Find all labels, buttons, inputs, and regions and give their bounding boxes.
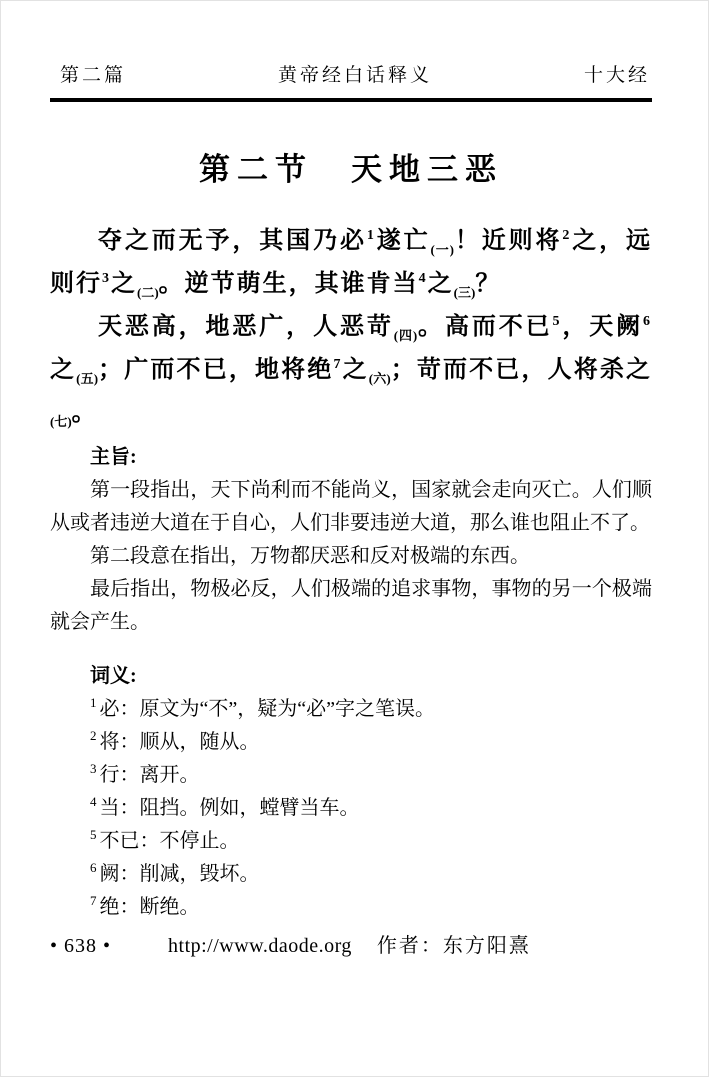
site-url: http://www.daode.org bbox=[168, 935, 352, 958]
page-footer: • 638 • http://www.daode.org 作者：东方阳熹 bbox=[50, 929, 652, 958]
main-idea-paragraph-2: 第二段意在指出，万物都厌恶和反对极端的东西。 bbox=[50, 540, 652, 573]
main-idea-paragraph-3: 最后指出，物极必反，人们极端的追求事物，事物的另一个极端就会产生。 bbox=[50, 573, 652, 639]
word-meaning-entry-5: 5不已：不停止。 bbox=[50, 825, 652, 858]
page-number: • 638 • bbox=[50, 935, 111, 958]
word-meaning-entry-3: 3行：离开。 bbox=[50, 759, 652, 792]
footnote-text-3: 行：离开。 bbox=[100, 764, 200, 786]
footnote-number-5: 5 bbox=[90, 827, 97, 842]
footnote-ref-marker: 6 bbox=[643, 314, 652, 329]
footnote-ref-marker: 5 bbox=[552, 314, 561, 329]
footnote-number-4: 4 bbox=[90, 794, 97, 809]
book-page: 第二篇 黄帝经白话释义 十大经 第二节 天地三恶 夺之而无予，其国乃必1遂亡(一… bbox=[0, 0, 709, 1077]
footnote-number-6: 6 bbox=[90, 860, 97, 875]
main-idea-paragraph-1: 第一段指出，天下尚利而不能尚义，国家就会走向灭亡。人们顺从或者违逆大道在于自心，… bbox=[50, 474, 652, 540]
footnote-number-7: 7 bbox=[90, 893, 97, 908]
running-header: 第二篇 黄帝经白话释义 十大经 bbox=[50, 60, 652, 102]
footnote-ref-marker: 1 bbox=[367, 228, 376, 243]
footnote-number-3: 3 bbox=[90, 761, 97, 776]
clause-number-marker: (六) bbox=[369, 371, 391, 386]
header-book-title: 黄帝经白话释义 bbox=[278, 60, 432, 87]
footnote-text-1: 必：原文为“不”，疑为“必”字之笔误。 bbox=[100, 698, 436, 720]
scripture-section: 夺之而无予，其国乃必1遂亡(一)！近则将2之，远则行3之(二)。逆节萌生，其谁肯… bbox=[50, 220, 652, 435]
footnote-text-4: 当：阻挡。例如，螳臂当车。 bbox=[100, 797, 360, 819]
clause-number-marker: (四) bbox=[394, 328, 417, 343]
word-meaning-entry-4: 4当：阻挡。例如，螳臂当车。 bbox=[50, 792, 652, 825]
section-title: 第二节 天地三恶 bbox=[50, 146, 652, 194]
footnote-text-7: 绝：断绝。 bbox=[100, 896, 200, 918]
header-chapter-label: 第二篇 bbox=[60, 60, 126, 87]
footnote-ref-marker: 4 bbox=[419, 271, 428, 286]
clause-number-marker: (二) bbox=[137, 285, 159, 300]
header-volume-label: 十大经 bbox=[584, 60, 650, 87]
footnote-text-5: 不已：不停止。 bbox=[100, 830, 240, 852]
word-meaning-entry-6: 6阙：削减，毁坏。 bbox=[50, 858, 652, 891]
word-meaning-entry-2: 2将：顺从，随从。 bbox=[50, 726, 652, 759]
word-meanings-section: 词义: 1必：原文为“不”，疑为“必”字之笔误。 2将：顺从，随从。 3行：离开… bbox=[50, 660, 652, 924]
scripture-paragraph-2: 天恶高，地恶广，人恶苛(四)。高而不已5，天阙6之(五)；广而不已，地将绝7之(… bbox=[50, 306, 652, 435]
footnote-ref-marker: 7 bbox=[333, 357, 342, 372]
clause-number-marker: (七) bbox=[50, 414, 72, 429]
clause-number-marker: (五) bbox=[76, 371, 98, 386]
footnote-ref-marker: 3 bbox=[102, 271, 111, 286]
clause-number-marker: (三) bbox=[454, 285, 476, 300]
word-meaning-entry-7: 7绝：断绝。 bbox=[50, 891, 652, 924]
footnote-number-2: 2 bbox=[90, 728, 97, 743]
footnote-ref-marker: 2 bbox=[562, 228, 571, 243]
author-credit: 作者：东方阳熹 bbox=[377, 929, 531, 958]
footnote-text-2: 将：顺从，随从。 bbox=[100, 731, 260, 753]
scripture-paragraph-1: 夺之而无予，其国乃必1遂亡(一)！近则将2之，远则行3之(二)。逆节萌生，其谁肯… bbox=[50, 220, 652, 306]
word-meaning-entry-1: 1必：原文为“不”，疑为“必”字之笔误。 bbox=[50, 693, 652, 726]
footnote-number-1: 1 bbox=[90, 695, 97, 710]
main-idea-heading: 主旨: bbox=[50, 441, 652, 474]
main-idea-section: 主旨: 第一段指出，天下尚利而不能尚义，国家就会走向灭亡。人们顺从或者违逆大道在… bbox=[50, 441, 652, 639]
footnote-text-6: 阙：削减，毁坏。 bbox=[100, 863, 260, 885]
word-meanings-heading: 词义: bbox=[50, 660, 652, 693]
clause-number-marker: (一) bbox=[431, 242, 454, 257]
